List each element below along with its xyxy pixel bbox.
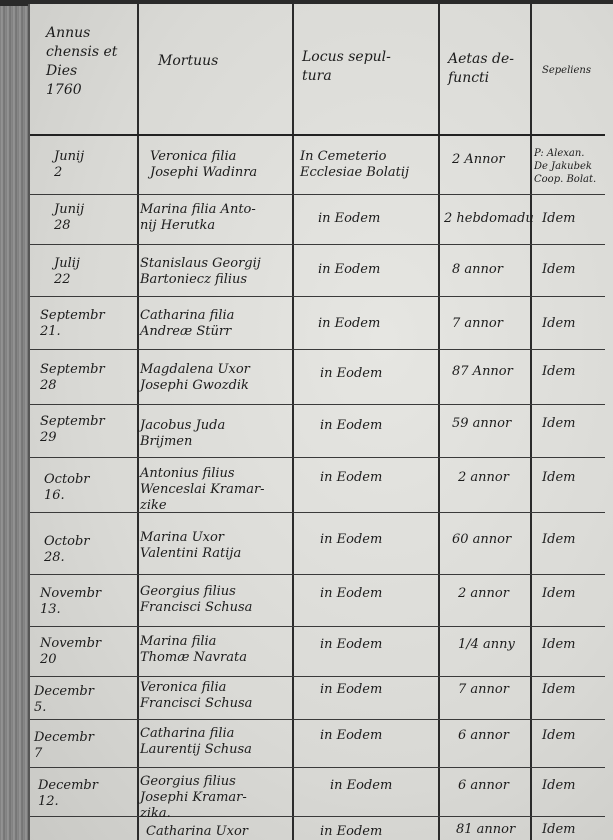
header-date: Annus chensis et Dies 1760 [46,24,134,100]
entry-age: 59 annor [452,416,511,432]
column-rule [292,4,294,840]
entry-place: in Eodem [318,262,380,278]
entry-deceased: Antonius filius Wenceslai Kramar- zike [140,466,265,514]
row-rule [30,767,605,768]
column-rule [438,4,440,840]
entry-deceased: Georgius filius Josephi Kramar- zika. [140,774,247,822]
entry-age: 2 annor [458,470,509,486]
entry-place: in Eodem [320,637,382,653]
entry-date: Decembr 12. [38,778,98,810]
row-rule [30,194,605,195]
entry-burier: Idem [542,470,575,486]
entry-burier: Idem [542,682,575,698]
header-burier: Sepeliens [542,64,612,77]
entry-burier: Idem [542,822,575,838]
entry-burier: Idem [542,316,575,332]
entry-date: Julij 22 [54,256,80,288]
entry-date: Junij 28 [54,202,84,234]
entry-date: Decembr 7 [34,730,94,762]
entry-deceased: Marina Uxor Valentini Ratija [140,530,241,562]
entry-age: 2 hebdomadu [444,211,534,227]
entry-burier: Idem [542,728,575,744]
entry-place: in Eodem [320,682,382,698]
entry-date: Octobr 28. [44,534,90,566]
entry-deceased: Catharina filia Laurentij Schusa [140,726,252,758]
entry-place: In Cemeterio Ecclesiae Bolatij [300,149,409,181]
entry-deceased: Jacobus Juda Brijmen [140,418,225,450]
header-age: Aetas de- functi [448,50,528,88]
column-rule [137,4,139,840]
entry-place: in Eodem [318,316,380,332]
entry-date: Novembr 20 [40,636,101,668]
entry-age: 7 annor [452,316,503,332]
entry-age: 87 Annor [452,364,513,380]
header-deceased: Mortuus [158,52,288,71]
entry-deceased: Magdalena Uxor Josephi Gwozdik [140,362,250,394]
row-rule [30,349,605,350]
entry-date: Septembr 29 [40,414,105,446]
header-rule [30,134,605,136]
entry-age: 1/4 anny [458,637,515,653]
entry-deceased: Veronica filia Francisci Schusa [140,680,252,712]
entry-place: in Eodem [320,532,382,548]
entry-age: 8 annor [452,262,503,278]
entry-age: 2 Annor [452,152,505,168]
book-binding-edge [0,6,30,840]
row-rule [30,676,605,677]
entry-place: in Eodem [320,728,382,744]
entry-place: in Eodem [320,366,382,382]
entry-age: 81 annor [456,822,515,838]
entry-age: 6 annor [458,728,509,744]
entry-deceased: Catharina filia Andreæ Stürr [140,308,234,340]
entry-place: in Eodem [318,211,380,227]
entry-deceased: Stanislaus Georgij Bartoniecz filius [140,256,261,288]
entry-place: in Eodem [330,778,392,794]
row-rule [30,457,605,458]
row-rule [30,574,605,575]
entry-burier: Idem [542,364,575,380]
entry-burier: Idem [542,416,575,432]
header-burial-place: Locus sepul- tura [302,48,432,86]
entry-burier: Idem [542,778,575,794]
entry-deceased: Catharina Uxor [146,824,248,840]
entry-place: in Eodem [320,418,382,434]
entry-date: Novembr 13. [40,586,101,618]
row-rule [30,404,605,405]
entry-deceased: Veronica filia Josephi Wadinra [150,149,257,181]
entry-age: 60 annor [452,532,511,548]
entry-place: in Eodem [320,586,382,602]
column-rule [530,4,532,840]
row-rule [30,296,605,297]
entry-burier: Idem [542,586,575,602]
register-page: Annus chensis et Dies 1760 Mortuus Locus… [28,4,613,840]
entry-burier: Idem [542,532,575,548]
entry-date: Decembr 5. [34,684,94,716]
entry-place: in Eodem [320,824,382,840]
entry-age: 2 annor [458,586,509,602]
entry-burier: Idem [542,637,575,653]
row-rule [30,719,605,720]
entry-deceased: Marina filia Anto- nij Herutka [140,202,256,234]
row-rule [30,626,605,627]
entry-date: Octobr 16. [44,472,90,504]
entry-place: in Eodem [320,470,382,486]
entry-age: 7 annor [458,682,509,698]
row-rule [30,512,605,513]
entry-burier: Idem [542,262,575,278]
entry-date: Junij 2 [54,149,84,181]
entry-age: 6 annor [458,778,509,794]
entry-deceased: Georgius filius Francisci Schusa [140,584,252,616]
row-rule [30,816,605,817]
entry-deceased: Marina filia Thomæ Navrata [140,634,247,666]
entry-date: Septembr 21. [40,308,105,340]
entry-burier: P: Alexan. De Jakubek Coop. Bolat. [534,147,596,186]
entry-burier: Idem [542,211,575,227]
row-rule [30,244,605,245]
entry-date: Septembr 28 [40,362,105,394]
